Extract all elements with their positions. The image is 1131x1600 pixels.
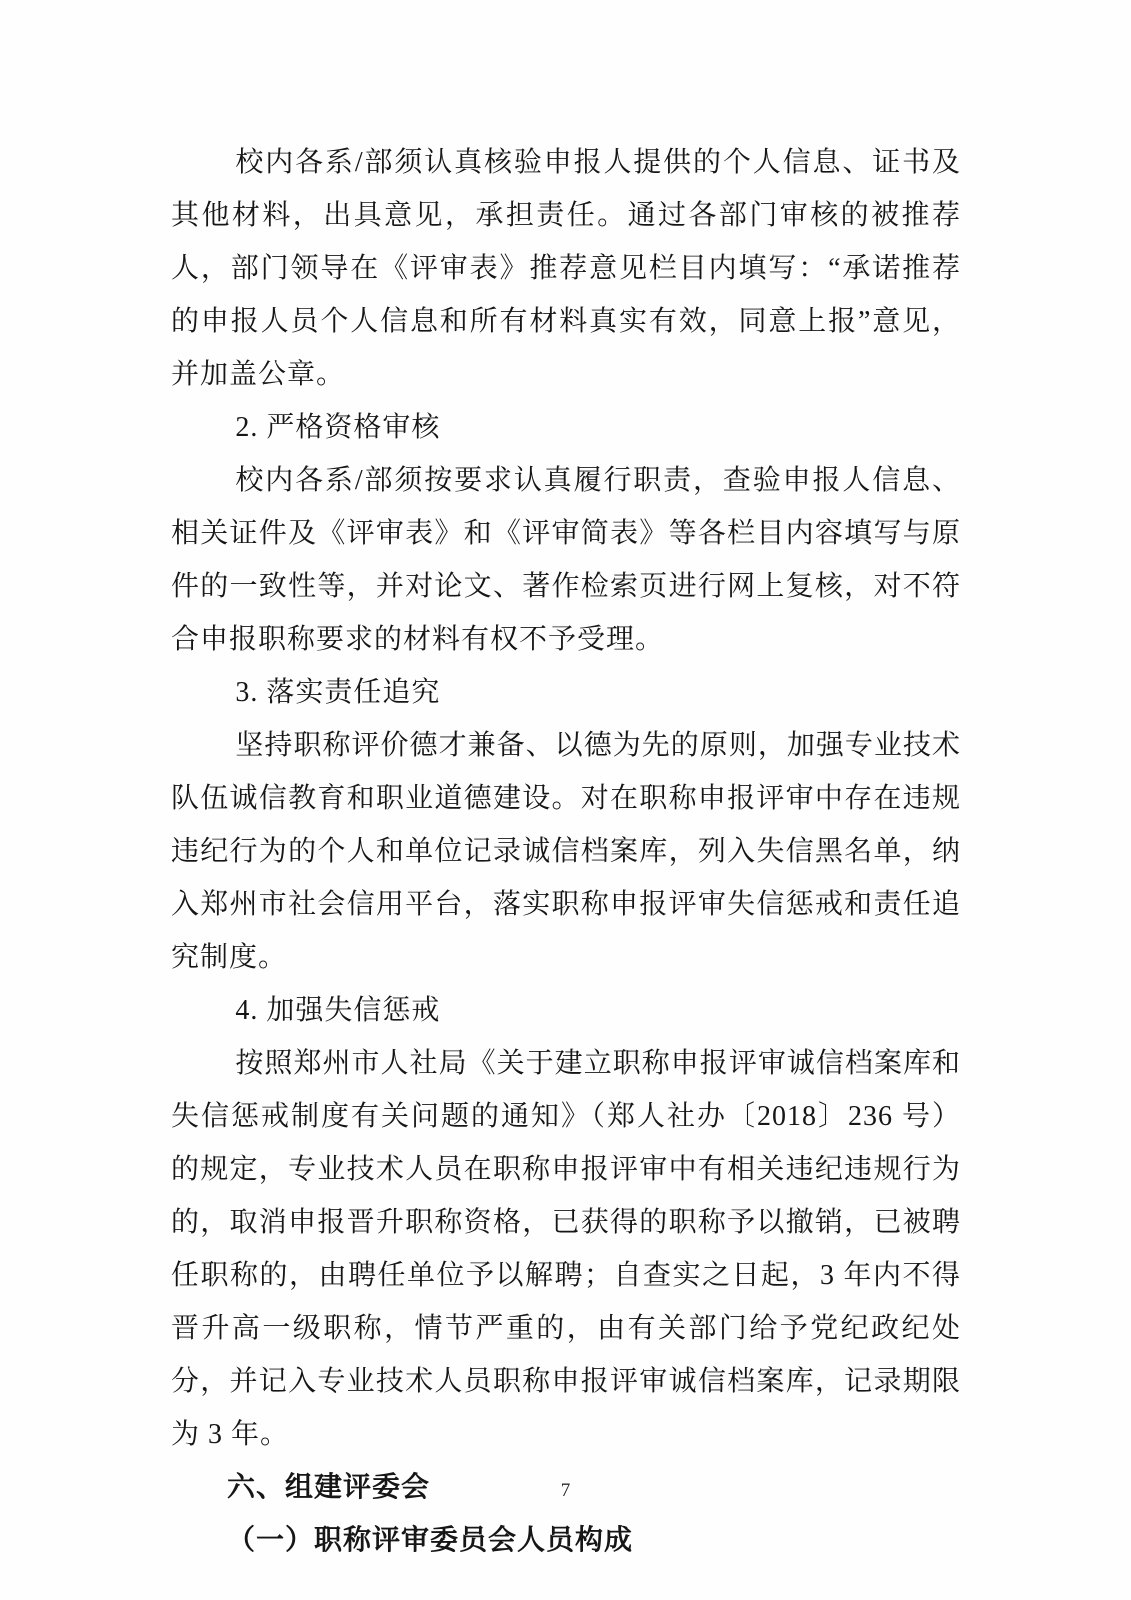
document-body: 校内各系/部须认真核验申报人提供的个人信息、证书及其他材料，出具意见，承担责任。…: [171, 136, 961, 1567]
sub-heading-committee-composition: （一）职称评审委员会人员构成: [171, 1514, 961, 1567]
paragraph-qualification-review-detail: 校内各系/部须按要求认真履行职责，查验申报人信息、相关证件及《评审表》和《评审简…: [171, 454, 961, 666]
paragraph-dishonesty-punishment-detail: 按照郑州市人社局《关于建立职称申报评审诚信档案库和失信惩戒制度有关问题的通知》（…: [171, 1037, 961, 1461]
numbered-heading-3-accountability: 3. 落实责任追究: [171, 666, 961, 719]
document-page: 校内各系/部须认真核验申报人提供的个人信息、证书及其他材料，出具意见，承担责任。…: [0, 0, 1131, 1600]
paragraph-recommendation-verification: 校内各系/部须认真核验申报人提供的个人信息、证书及其他材料，出具意见，承担责任。…: [171, 136, 961, 401]
numbered-heading-4-dishonesty-punishment: 4. 加强失信惩戒: [171, 984, 961, 1037]
paragraph-accountability-detail: 坚持职称评价德才兼备、以德为先的原则，加强专业技术队伍诚信教育和职业道德建设。对…: [171, 719, 961, 984]
numbered-heading-2-qualification-review: 2. 严格资格审核: [171, 401, 961, 454]
page-number: 7: [0, 1480, 1131, 1502]
